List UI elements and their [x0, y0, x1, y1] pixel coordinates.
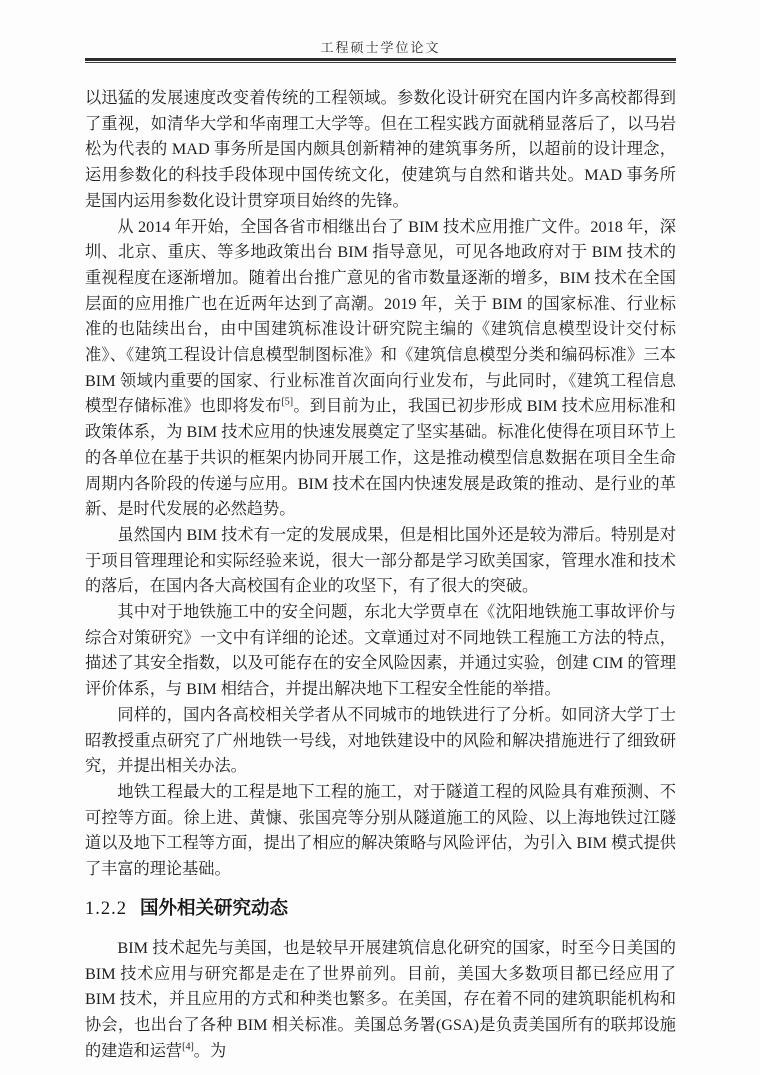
paragraph: 从 2014 年开始，全国各省市相继出台了 BIM 技术应用推广文件。2018 … [85, 215, 676, 523]
reference-marker: [4] [182, 1041, 194, 1052]
page-number: 3 [0, 1019, 760, 1033]
body-content: 以迅猛的发展速度改变着传统的工程领域。参数化设计研究在国内许多高校都得到了重视，… [85, 86, 676, 1064]
reference-marker: [5] [281, 397, 293, 408]
paragraph: 虽然国内 BIM 技术有一定的发展成果，但是相比国外还是较为滞后。特别是对于项目… [85, 523, 676, 600]
paragraph: 其中对于地铁施工中的安全问题，东北大学贾卓在《沈阳地铁施工事故评价与综合对策研究… [85, 600, 676, 703]
paragraph: 地铁工程最大的工程是地下工程的施工，对于隧道工程的风险具有难预测、不可控等方面。… [85, 780, 676, 883]
paragraph: 以迅猛的发展速度改变着传统的工程领域。参数化设计研究在国内许多高校都得到了重视，… [85, 86, 676, 215]
page-header: 工程硕士学位论文 [85, 0, 676, 63]
thesis-page: 工程硕士学位论文 以迅猛的发展速度改变着传统的工程领域。参数化设计研究在国内许多… [0, 0, 760, 1075]
section-heading: 1.2.2国外相关研究动态 [85, 894, 676, 923]
header-rule [85, 58, 676, 63]
paragraph: BIM 技术起先与美国，也是较早开展建筑信息化研究的国家，时至今日美国的 BIM… [85, 936, 676, 1065]
paragraph: 同样的，国内各高校相关学者从不同城市的地铁进行了分析。如同济大学丁士昭教授重点研… [85, 703, 676, 780]
section-title: 国外相关研究动态 [140, 897, 288, 918]
running-head-title: 工程硕士学位论文 [85, 0, 676, 55]
section-number: 1.2.2 [85, 899, 127, 919]
